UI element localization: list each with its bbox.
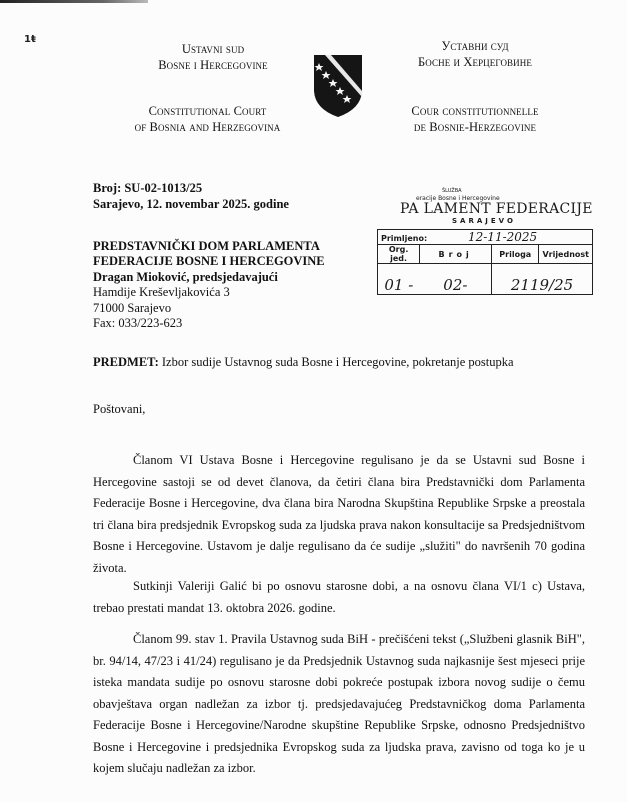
stamp-val-broj: 02- <box>420 264 492 295</box>
recipient-address: PREDSTAVNIČKI DOM PARLAMENTA FEDERACIJE … <box>93 239 325 331</box>
court-name-line: Constitutional Court <box>100 103 315 119</box>
stamp-val-org: 01 - <box>378 264 420 295</box>
bih-coat-of-arms-icon <box>311 53 365 119</box>
paragraph-text: Sutkinji Valeriji Galić bi po osnovu sta… <box>93 576 585 619</box>
recipient-person: Dragan Mioković, predsjedavajući <box>93 270 325 285</box>
recipient-fax: Fax: 033/223-623 <box>93 316 325 331</box>
stamp-col-org: Org. jed. <box>378 245 420 264</box>
court-name-line: de Bosnie-Herzegovine <box>380 119 570 135</box>
stamp-received-row: Primljeno: 12-11-2025 <box>378 230 593 245</box>
paragraph-text: Članom VI Ustava Bosne i Hercegovine reg… <box>93 450 585 579</box>
body-paragraph: Članom VI Ustava Bosne i Hercegovine reg… <box>93 450 585 579</box>
reference-number: Broj: SU-02-1013/25 <box>93 180 289 196</box>
court-name-french: Cour constitutionnelle de Bosnie-Herzego… <box>380 103 570 135</box>
court-name-cyrillic: Уставни суд Босне и Херцеговине <box>380 38 570 70</box>
greeting: Poštovani, <box>93 402 145 417</box>
stamp-title: PA LAMENT FEDERACIJE <box>400 201 593 217</box>
recipient-street: Hamdije Kreševljakovića 3 <box>93 285 325 300</box>
stamp-received-label: Primljeno: <box>381 234 427 243</box>
recipient-city: 71000 Sarajevo <box>93 301 325 316</box>
court-name-line: Ustavni sud <box>118 41 308 57</box>
court-name-line: Уставни суд <box>380 38 570 54</box>
subject-line: PREDMET: Izbor sudije Ustavnog suda Bosn… <box>93 355 514 370</box>
stamp-col-broj: Broj <box>420 245 492 264</box>
body-paragraph: Članom 99. stav 1. Pravila Ustavnog suda… <box>93 629 585 780</box>
margin-handwritten-mark: 1ŧ <box>24 34 52 89</box>
subject-label: PREDMET: <box>93 355 159 369</box>
reference-block: Broj: SU-02-1013/25 Sarajevo, 12. novemb… <box>93 180 289 212</box>
scan-edge-line <box>0 0 148 3</box>
court-name-local: Ustavni sud Bosne i Hercegovine <box>118 41 308 73</box>
body-paragraph: Sutkinji Valeriji Galić bi po osnovu sta… <box>93 576 585 619</box>
received-stamp: ŠLUŽBA eracije Bosne i Hercegovine PA LA… <box>370 185 595 295</box>
stamp-received-date: 12-11-2025 <box>468 230 537 244</box>
court-name-line: Cour constitutionnelle <box>380 103 570 119</box>
stamp-col-vrijednost: Vrijednost <box>539 245 593 264</box>
subject-text: Izbor sudije Ustavnog suda Bosne i Herce… <box>159 355 514 369</box>
stamp-city: SARAJEVO <box>452 217 516 225</box>
court-name-line: of Bosnia and Herzegovina <box>100 119 315 135</box>
court-name-line: Босне и Херцеговине <box>380 54 570 70</box>
court-name-english: Constitutional Court of Bosnia and Herze… <box>100 103 315 135</box>
stamp-table: Primljeno: 12-11-2025 Org. jed. Broj Pri… <box>377 229 593 295</box>
court-name-line: Bosne i Hercegovine <box>118 57 308 73</box>
stamp-text: ŠLUŽBA <box>442 188 462 194</box>
paragraph-text: Članom 99. stav 1. Pravila Ustavnog suda… <box>93 629 585 780</box>
stamp-val-priloga: 2119/25 <box>492 264 593 295</box>
stamp-col-priloga: Priloga <box>492 245 539 264</box>
recipient-org: FEDERACIJE BOSNE I HERCEGOVINE <box>93 254 325 269</box>
recipient-org: PREDSTAVNIČKI DOM PARLAMENTA <box>93 239 325 254</box>
reference-date: Sarajevo, 12. novembar 2025. godine <box>93 196 289 212</box>
